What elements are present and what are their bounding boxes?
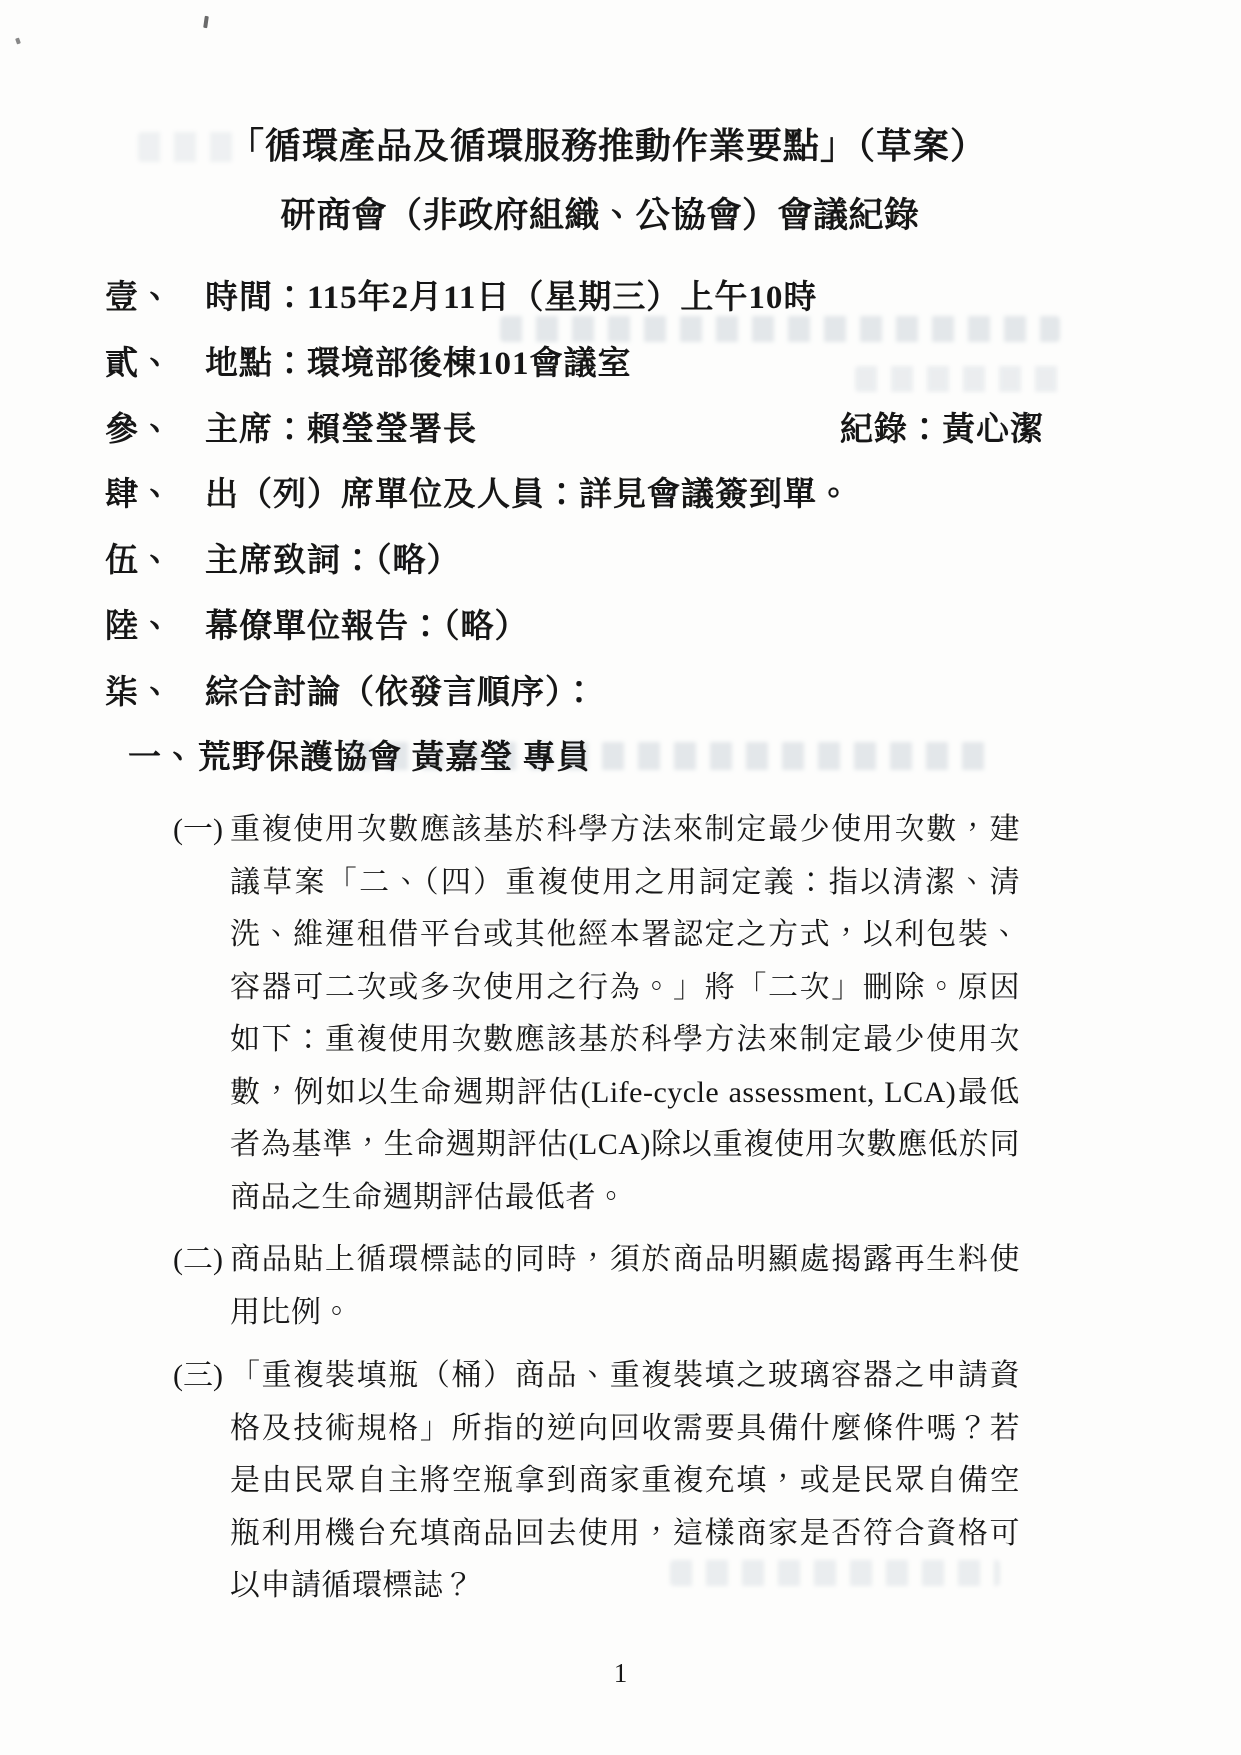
- meta-item-text: 幕僚單位報告：（略）: [205, 609, 529, 645]
- meta-item-text: 出（列）席單位及人員：詳見會議簽到單。: [205, 477, 851, 513]
- meta-item-general-discussion: 柒、綜合討論（依發言順序）：: [105, 661, 1135, 727]
- meta-item-label: 陸、: [105, 595, 205, 661]
- meta-item-location: 貳、地點：環境部後棟101會議室: [105, 332, 1135, 398]
- page-number: 1: [0, 1658, 1241, 1689]
- meta-item-chair-remarks: 伍、主席致詞：（略）: [105, 529, 1135, 595]
- meta-item-chairperson: 參、主席：賴瑩瑩署長 紀錄：黃心潔: [105, 398, 1135, 464]
- meta-item-text: 地點：環境部後棟101會議室: [205, 346, 632, 382]
- discussion-list: (一) 重複使用次數應該基於科學方法來制定最少使用次數，建議草案「二、（四）重複…: [173, 804, 1020, 1613]
- meta-item-label: 伍、: [105, 529, 205, 595]
- meta-item-text: 時間：115年2月11日（星期三）上午10時: [205, 280, 817, 316]
- meta-item-time: 壹、時間：115年2月11日（星期三）上午10時: [105, 266, 1135, 332]
- scan-speck: [203, 16, 209, 28]
- meta-item-text: 主席：賴瑩瑩署長: [205, 412, 477, 448]
- discussion-item-text: 商品貼上循環標誌的同時，須於商品明顯處揭露再生料使用比例。: [230, 1234, 1020, 1339]
- meta-item-label: 柒、: [105, 661, 205, 727]
- meta-item-staff-report: 陸、幕僚單位報告：（略）: [105, 595, 1135, 661]
- scanned-document-page: 「循環產品及循環服務推動作業要點」（草案） 研商會（非政府組織、公協會）會議紀錄…: [0, 0, 1241, 1755]
- section-heading-text: 荒野保護協會 黃嘉瑩 專員: [198, 740, 591, 776]
- meta-item-text: 主席致詞：（略）: [205, 543, 461, 579]
- document-title-line2: 研商會（非政府組織、公協會）會議紀錄: [0, 188, 1200, 238]
- discussion-item-2: (二) 商品貼上循環標誌的同時，須於商品明顯處揭露再生料使用比例。: [173, 1234, 1020, 1339]
- meta-item-label: 壹、: [105, 266, 205, 332]
- section-heading-marker: 一、: [128, 740, 196, 776]
- meta-item-label: 肆、: [105, 463, 205, 529]
- meta-item-label: 貳、: [105, 332, 205, 398]
- meta-item-attendees: 肆、出（列）席單位及人員：詳見會議簽到單。: [105, 463, 1135, 529]
- discussion-item-3: (三) 「重複裝填瓶（桶）商品、重複裝填之玻璃容器之申請資格及技術規格」所指的逆…: [173, 1350, 1020, 1613]
- discussion-item-marker: (三): [173, 1350, 223, 1403]
- recorder-credit: 紀錄：黃心潔: [840, 398, 1044, 464]
- document-title-line1: 「循環產品及循環服務推動作業要點」（草案）: [0, 118, 1215, 169]
- meta-item-label: 參、: [105, 398, 205, 464]
- discussion-item-marker: (一): [173, 804, 223, 857]
- discussion-item-text: 「重複裝填瓶（桶）商品、重複裝填之玻璃容器之申請資格及技術規格」所指的逆向回收需…: [230, 1350, 1020, 1613]
- discussion-item-text: 重複使用次數應該基於科學方法來制定最少使用次數，建議草案「二、（四）重複使用之用…: [230, 804, 1020, 1224]
- discussion-item-1: (一) 重複使用次數應該基於科學方法來制定最少使用次數，建議草案「二、（四）重複…: [173, 804, 1020, 1224]
- scan-speck: [15, 37, 21, 44]
- meta-item-text: 綜合討論（依發言順序）：: [205, 675, 597, 711]
- meeting-meta-list: 壹、時間：115年2月11日（星期三）上午10時 貳、地點：環境部後棟101會議…: [105, 266, 1135, 727]
- discussion-item-marker: (二): [173, 1234, 223, 1287]
- speaker-section-heading: 一、荒野保護協會 黃嘉瑩 專員: [128, 731, 591, 778]
